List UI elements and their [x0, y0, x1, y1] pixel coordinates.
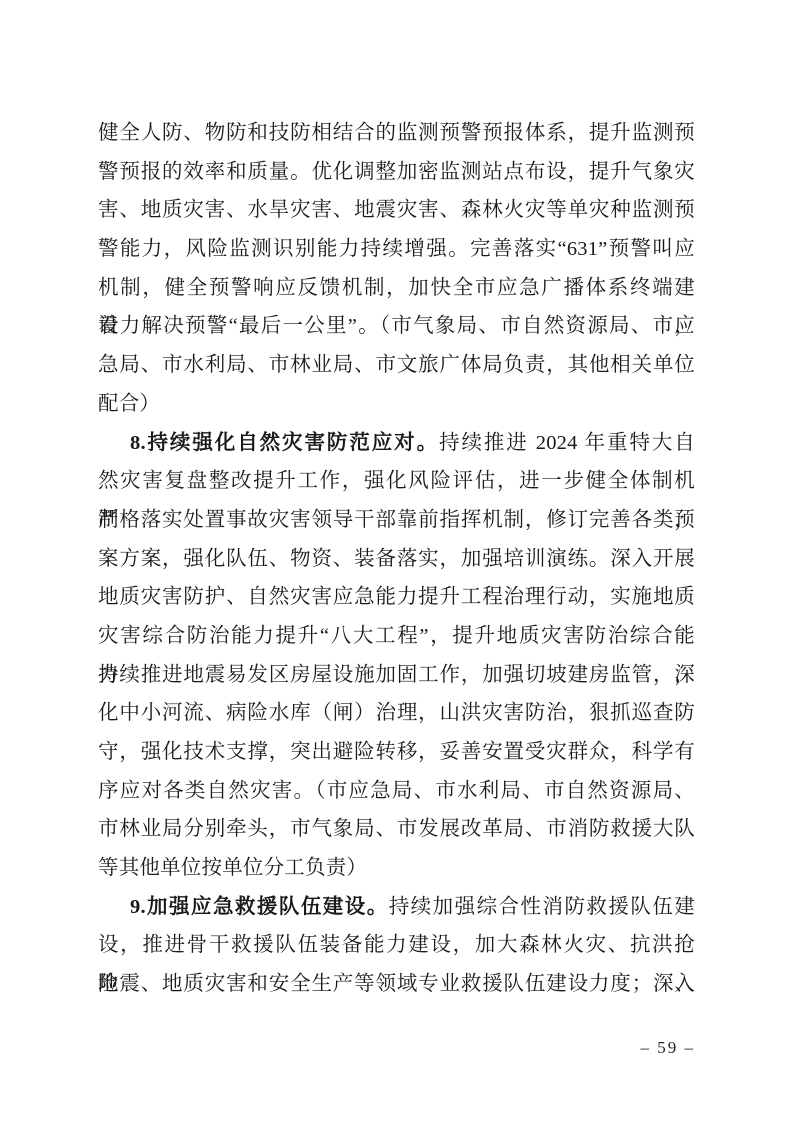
text-line: 机制，健全预警响应反馈机制，加快全市应急广播体系终端建设， — [98, 269, 695, 308]
text-line: 9.加强应急救援队伍建设。持续加强综合性消防救援队伍建 — [98, 888, 695, 927]
text-line: 警能力，风险监测识别能力持续增强。完善落实“631”预警叫应 — [98, 230, 695, 269]
paragraph: 8.持续强化自然灾害防范应对。持续推进 2024 年重特大自然灾害复盘整改提升工… — [98, 424, 695, 888]
text-line: 地震、地质灾害和安全生产等领域专业救援队伍建设力度；深入 — [98, 965, 695, 1004]
section-heading: 9.加强应急救援队伍建设。 — [130, 896, 389, 918]
section-heading: 8.持续强化自然灾害防范应对。 — [130, 432, 439, 454]
text-line: 8.持续强化自然灾害防范应对。持续推进 2024 年重特大自 — [98, 424, 695, 463]
text-line: 严格落实处置事故灾害领导干部靠前指挥机制，修订完善各类预 — [98, 501, 695, 540]
text-line: 序应对各类自然灾害。（市应急局、市水利局、市自然资源局、 — [98, 772, 695, 811]
text-line: 市林业局分别牵头，市气象局、市发展改革局、市消防救援大队 — [98, 810, 695, 849]
page-number: – 59 – — [641, 1038, 696, 1058]
document-body: 健全人防、物防和技防相结合的监测预警预报体系，提升监测预警预报的效率和质量。优化… — [98, 114, 695, 1004]
text-line: 急局、市水利局、市林业局、市文旅广体局负责，其他相关单位 — [98, 346, 695, 385]
text-line: 配合） — [98, 385, 695, 424]
text-line: 着力解决预警“最后一公里”。（市气象局、市自然资源局、市应 — [98, 307, 695, 346]
text-line: 持续推进地震易发区房屋设施加固工作，加强切坡建房监管，深 — [98, 656, 695, 695]
text-line: 然灾害复盘整改提升工作，强化风险评估，进一步健全体制机制， — [98, 462, 695, 501]
text-line: 灾害综合防治能力提升“八大工程”，提升地质灾害防治综合能力， — [98, 617, 695, 656]
text-line: 设，推进骨干救援队伍装备能力建设，加大森林火灾、抗洪抢险、 — [98, 926, 695, 965]
document-page: 健全人防、物防和技防相结合的监测预警预报体系，提升监测预警预报的效率和质量。优化… — [0, 0, 793, 1122]
text-line: 案方案，强化队伍、物资、装备落实，加强培训演练。深入开展 — [98, 540, 695, 579]
text-line: 健全人防、物防和技防相结合的监测预警预报体系，提升监测预 — [98, 114, 695, 153]
paragraph: 9.加强应急救援队伍建设。持续加强综合性消防救援队伍建设，推进骨干救援队伍装备能… — [98, 888, 695, 1004]
text-line: 地质灾害防护、自然灾害应急能力提升工程治理行动，实施地质 — [98, 578, 695, 617]
paragraph: 健全人防、物防和技防相结合的监测预警预报体系，提升监测预警预报的效率和质量。优化… — [98, 114, 695, 424]
text-line: 化中小河流、病险水库（闸）治理，山洪灾害防治，狠抓巡查防 — [98, 694, 695, 733]
text-line: 等其他单位按单位分工负责） — [98, 849, 695, 888]
text-line: 守，强化技术支撑，突出避险转移，妥善安置受灾群众，科学有 — [98, 733, 695, 772]
text-line: 警预报的效率和质量。优化调整加密监测站点布设，提升气象灾 — [98, 153, 695, 192]
text-line: 害、地质灾害、水旱灾害、地震灾害、森林火灾等单灾种监测预 — [98, 191, 695, 230]
